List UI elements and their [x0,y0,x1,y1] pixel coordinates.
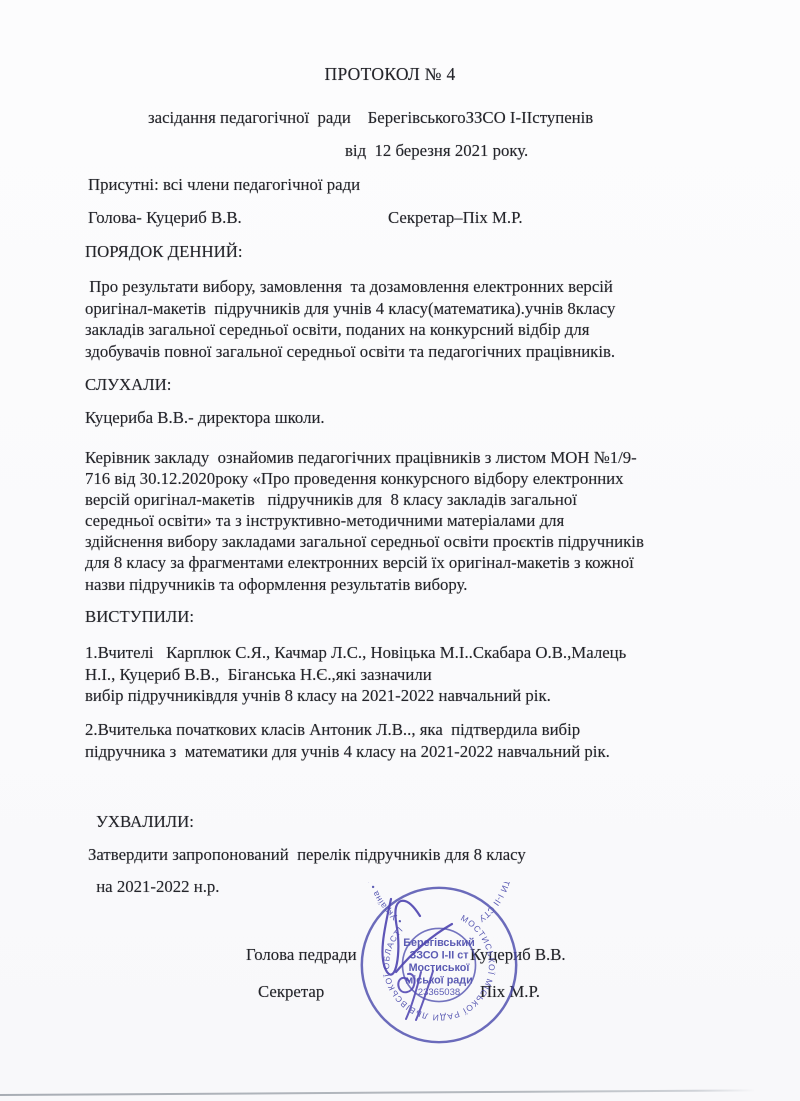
sign-secretary-label: Секретар [258,981,324,1003]
chair-line: Голова- Куцериб В.В. [88,207,242,229]
school-stamp-seal: • Україна • БЕРЕГІВСЬКИЙ ЗАКЛАД ЗАГАЛЬНО… [356,882,522,1048]
present-line: Присутні: всі члени педагогічної ради [88,174,360,196]
resolved-line-2: на 2021-2022 н.р. [92,876,220,898]
meeting-subtitle: засідання педагогічної ради Берегівськог… [148,107,593,129]
svg-text:23365038: 23365038 [418,987,460,998]
agenda-heading: ПОРЯДОК ДЕННИЙ: [85,241,243,263]
spoke-item-1: 1.Вчителі Карплюк С.Я., Качмар Л.С., Нов… [85,642,745,707]
svg-text:Мостиської: Мостиської [409,962,471,974]
resolved-heading: УХВАЛИЛИ: [96,811,194,833]
heard-speaker: Куцериба В.В.- директора школи. [85,407,325,429]
stamp-center-text: Берегівський ЗЗСО І-ІІ ст Мостиської міс… [403,937,474,998]
svg-text:Берегівський: Берегівський [403,937,474,949]
spoke-item-2: 2.Вчителька початкових класів Антоник Л.… [85,719,745,762]
date-line: від 12 березня 2021 року. [345,140,528,162]
spoke-heading: ВИСТУПИЛИ: [85,606,194,628]
resolved-line-1: Затвердити запропонований перелік підруч… [88,844,526,866]
secretary-line: Секретар–Піх М.Р. [388,207,523,229]
agenda-text: Про результати вибору, замовлення та доз… [85,276,733,362]
school-stamp: • Україна • БЕРЕГІВСЬКИЙ ЗАКЛАД ЗАГАЛЬНО… [356,882,522,1048]
scan-edge-line [0,1089,756,1096]
heard-heading: СЛУХАЛИ: [85,374,171,396]
heard-text: Керівник закладу ознайомив педагогічних … [85,447,745,595]
doc-title: ПРОТОКОЛ № 4 [0,64,780,86]
svg-text:ЗЗСО І-ІІ ст: ЗЗСО І-ІІ ст [410,949,469,961]
sign-chair-label: Голова педради [246,944,357,966]
scanned-protocol-page: ПРОТОКОЛ № 4 засідання педагогічної ради… [0,0,800,1101]
svg-text:міської ради: міської ради [405,974,473,986]
